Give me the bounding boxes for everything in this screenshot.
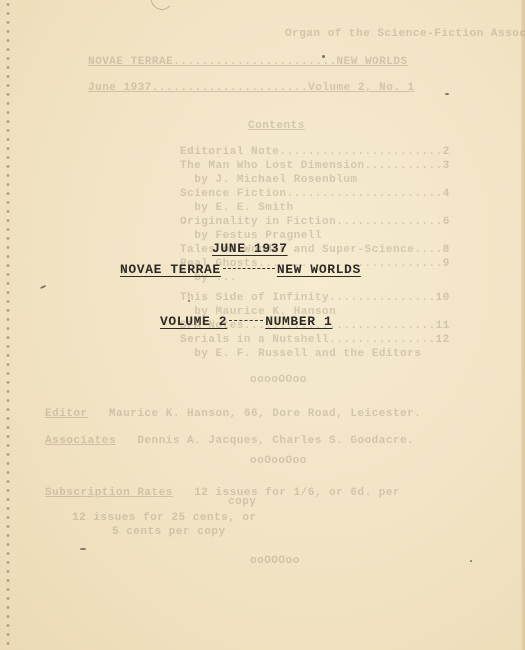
paper-speck xyxy=(80,548,86,550)
ghost-subscription-line-3: 5 cents per copy xyxy=(112,526,226,538)
paper-speck xyxy=(470,560,472,562)
ghost-organ-line: Organ of the Science-Fiction Association xyxy=(285,28,525,40)
ghost-editor-label: Editor xyxy=(45,408,88,420)
perforated-edge xyxy=(4,0,12,650)
ghost-associates-value: Dennis A. Jacques, Charles S. Goodacre. xyxy=(137,435,414,447)
ghost-contents-item: Editorial Note.......................2 xyxy=(180,146,450,158)
ghost-editor-line: Editor Maurice K. Hanson, 66, Dore Road,… xyxy=(45,403,421,421)
ghost-header-line-2: June 1937......................Volume 2,… xyxy=(88,82,415,94)
dash-separator xyxy=(229,320,263,321)
ghost-subscription-line: Subscription Rates 12 issues for 1/6, or… xyxy=(45,482,400,500)
ghost-contents-item: Science Fiction......................4 xyxy=(180,188,450,200)
ghost-contents-item: by J. Michael Rosenblum xyxy=(180,174,358,186)
pencil-mark xyxy=(150,0,174,10)
ghost-contents-item: Serials in a Nutshell...............12 xyxy=(180,334,450,346)
ghost-subscription-value: 12 issues for 1/6, or 6d. per xyxy=(194,487,400,499)
ghost-separator: ooOooOoo xyxy=(250,455,307,467)
ghost-contents-item: This Side of Infinity...............10 xyxy=(180,292,450,304)
ghost-subscription-line-2: 12 issues for 25 cents, or xyxy=(72,512,257,524)
paper-speck xyxy=(188,300,190,302)
page-edge xyxy=(521,0,525,650)
ghost-contents-item: Originality in Fiction...............6 xyxy=(180,216,450,228)
ghost-contents-item: by E. E. Smith xyxy=(180,202,294,214)
title-novae-terrae: NOVAE TERRAE xyxy=(120,262,221,277)
ghost-separator: ooOOOoo xyxy=(250,555,300,567)
ghost-editor-value: Maurice K. Hanson, 66, Dore Road, Leices… xyxy=(109,408,421,420)
paper-speck xyxy=(445,93,449,95)
ghost-contents-item: The Man Who Lost Dimension...........3 xyxy=(180,160,450,172)
document-page: Organ of the Science-Fiction Association… xyxy=(0,0,525,650)
paper-speck xyxy=(322,55,325,58)
dash-separator xyxy=(223,268,275,269)
ghost-subscription-label: Subscription Rates xyxy=(45,487,173,499)
issue-date: JUNE 1937 xyxy=(212,241,288,256)
number-label: NUMBER 1 xyxy=(265,314,332,329)
ghost-separator: ooooOOoo xyxy=(250,374,307,386)
ghost-contents-heading: Contents xyxy=(248,120,305,132)
ghost-contents-item: by E. F. Russell and the Editors xyxy=(180,348,421,360)
ghost-header-line-1: NOVAE TERRAE.......................NEW W… xyxy=(88,56,408,68)
ghost-associates-label: Associates xyxy=(45,435,116,447)
title-line: NOVAE TERRAENEW WORLDS xyxy=(120,260,361,278)
ghost-subscription-copy: copy xyxy=(228,496,256,508)
paper-speck xyxy=(40,285,46,289)
title-new-worlds: NEW WORLDS xyxy=(277,262,361,277)
ghost-associates-line: Associates Dennis A. Jacques, Charles S.… xyxy=(45,430,414,448)
volume-line: VOLUME 2NUMBER 1 xyxy=(160,312,332,330)
volume-label: VOLUME 2 xyxy=(160,314,227,329)
